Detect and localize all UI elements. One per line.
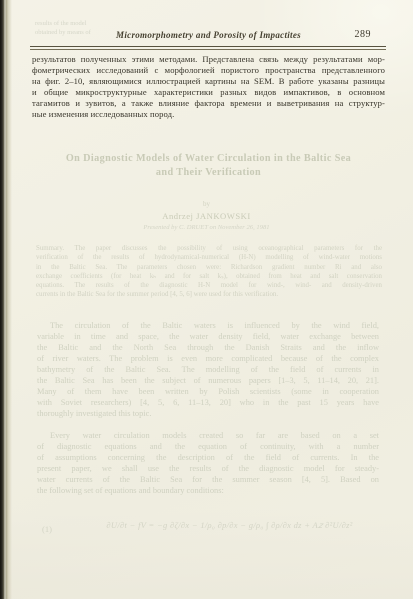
bleedthrough-paragraph-1: The circulation of the Baltic waters is … bbox=[37, 320, 379, 419]
bleedthrough-byline: by bbox=[0, 200, 413, 208]
body-line: variable in time and space, the water de… bbox=[37, 331, 379, 342]
summary-line: equations. The results of the diagnostic… bbox=[36, 281, 382, 290]
abstract-line: ные изменения исследованных пород. bbox=[32, 109, 385, 120]
binding-edge bbox=[0, 0, 12, 599]
body-line: of river waters. The problem is even mor… bbox=[37, 353, 379, 364]
bleedthrough-author: Andrzej JANKOWSKI bbox=[0, 211, 413, 221]
body-line: with Soviet researchers) [4, 5, 6, 11–13… bbox=[37, 397, 379, 408]
body-line: of diagnostic equations and the equation… bbox=[37, 441, 379, 452]
bleedthrough-title-line: On Diagnostic Models of Water Circulatio… bbox=[34, 152, 383, 166]
abstract-line: на фиг. 2–10, являющимися иллюстрацией к… bbox=[32, 76, 385, 87]
bleedthrough-corner-line: results of the model bbox=[35, 20, 165, 29]
bleedthrough-title-line: and Their Verification bbox=[34, 166, 383, 180]
body-line: The circulation of the Baltic waters is … bbox=[37, 320, 379, 331]
body-line: the Baltic and the North Sea through the… bbox=[37, 342, 379, 353]
bleedthrough-presented-line: Presented by C. DRUET on November 26, 19… bbox=[0, 224, 413, 231]
russian-abstract: результатов полученных этими методами. П… bbox=[32, 54, 385, 121]
running-title: Micromorphometry and Porosity of Impacti… bbox=[32, 30, 385, 40]
body-line: of assumptions concerning the descriptio… bbox=[37, 452, 379, 463]
body-line: bathymetry of the Baltic Sea. The modell… bbox=[37, 364, 379, 375]
abstract-line: тагамитов и зувитов, а также влияние фак… bbox=[32, 98, 385, 109]
summary-line: in the Baltic Sea. The parameters chosen… bbox=[36, 263, 382, 272]
abstract-line: и общие микроструктурные характеристики … bbox=[32, 87, 385, 98]
abstract-line: фометрических исследований с морфологией… bbox=[32, 65, 385, 76]
bleedthrough-article-title: On Diagnostic Models of Water Circulatio… bbox=[34, 152, 383, 179]
body-line: Many of them have been written by Polish… bbox=[37, 386, 379, 397]
binding-edge-highlight bbox=[4, 0, 6, 599]
bleedthrough-equation: (1) ∂U/∂t − fV = −g ∂ζ/∂x − 1/ρ₀ ∂p/∂x −… bbox=[40, 518, 379, 542]
header-rule bbox=[30, 46, 386, 50]
page-number: 289 bbox=[355, 29, 372, 40]
bleedthrough-paragraph-2: Every water circulation models created s… bbox=[37, 430, 379, 496]
equation-number: (1) bbox=[42, 524, 52, 534]
summary-line: Summary. The paper discusses the possibi… bbox=[36, 244, 382, 253]
summary-line: currents in the Baltic Sea for the summe… bbox=[36, 290, 382, 299]
bleedthrough-summary: Summary. The paper discusses the possibi… bbox=[36, 244, 382, 300]
running-header: Micromorphometry and Porosity of Impacti… bbox=[32, 30, 385, 44]
body-line: present paper, we shall use the results … bbox=[37, 463, 379, 474]
body-line: water currents of the Baltic Sea for the… bbox=[37, 474, 379, 485]
abstract-line: результатов полученных этими методами. П… bbox=[32, 54, 385, 65]
body-line: Every water circulation models created s… bbox=[37, 430, 379, 441]
equation-body: ∂U/∂t − fV = −g ∂ζ/∂x − 1/ρ₀ ∂p/∂x − g/ρ… bbox=[80, 520, 379, 530]
summary-line: verification of the results of hydrodyna… bbox=[36, 253, 382, 262]
summary-line: exchange coefficients (for heat kₕ and f… bbox=[36, 272, 382, 281]
scanned-journal-page: results of the model obtained by means o… bbox=[0, 0, 413, 599]
body-line: the following set of equations and bound… bbox=[37, 485, 379, 496]
body-line: the Baltic Sea has been the subject of n… bbox=[37, 375, 379, 386]
body-line: thoroughly investigated this topic. bbox=[37, 408, 379, 419]
